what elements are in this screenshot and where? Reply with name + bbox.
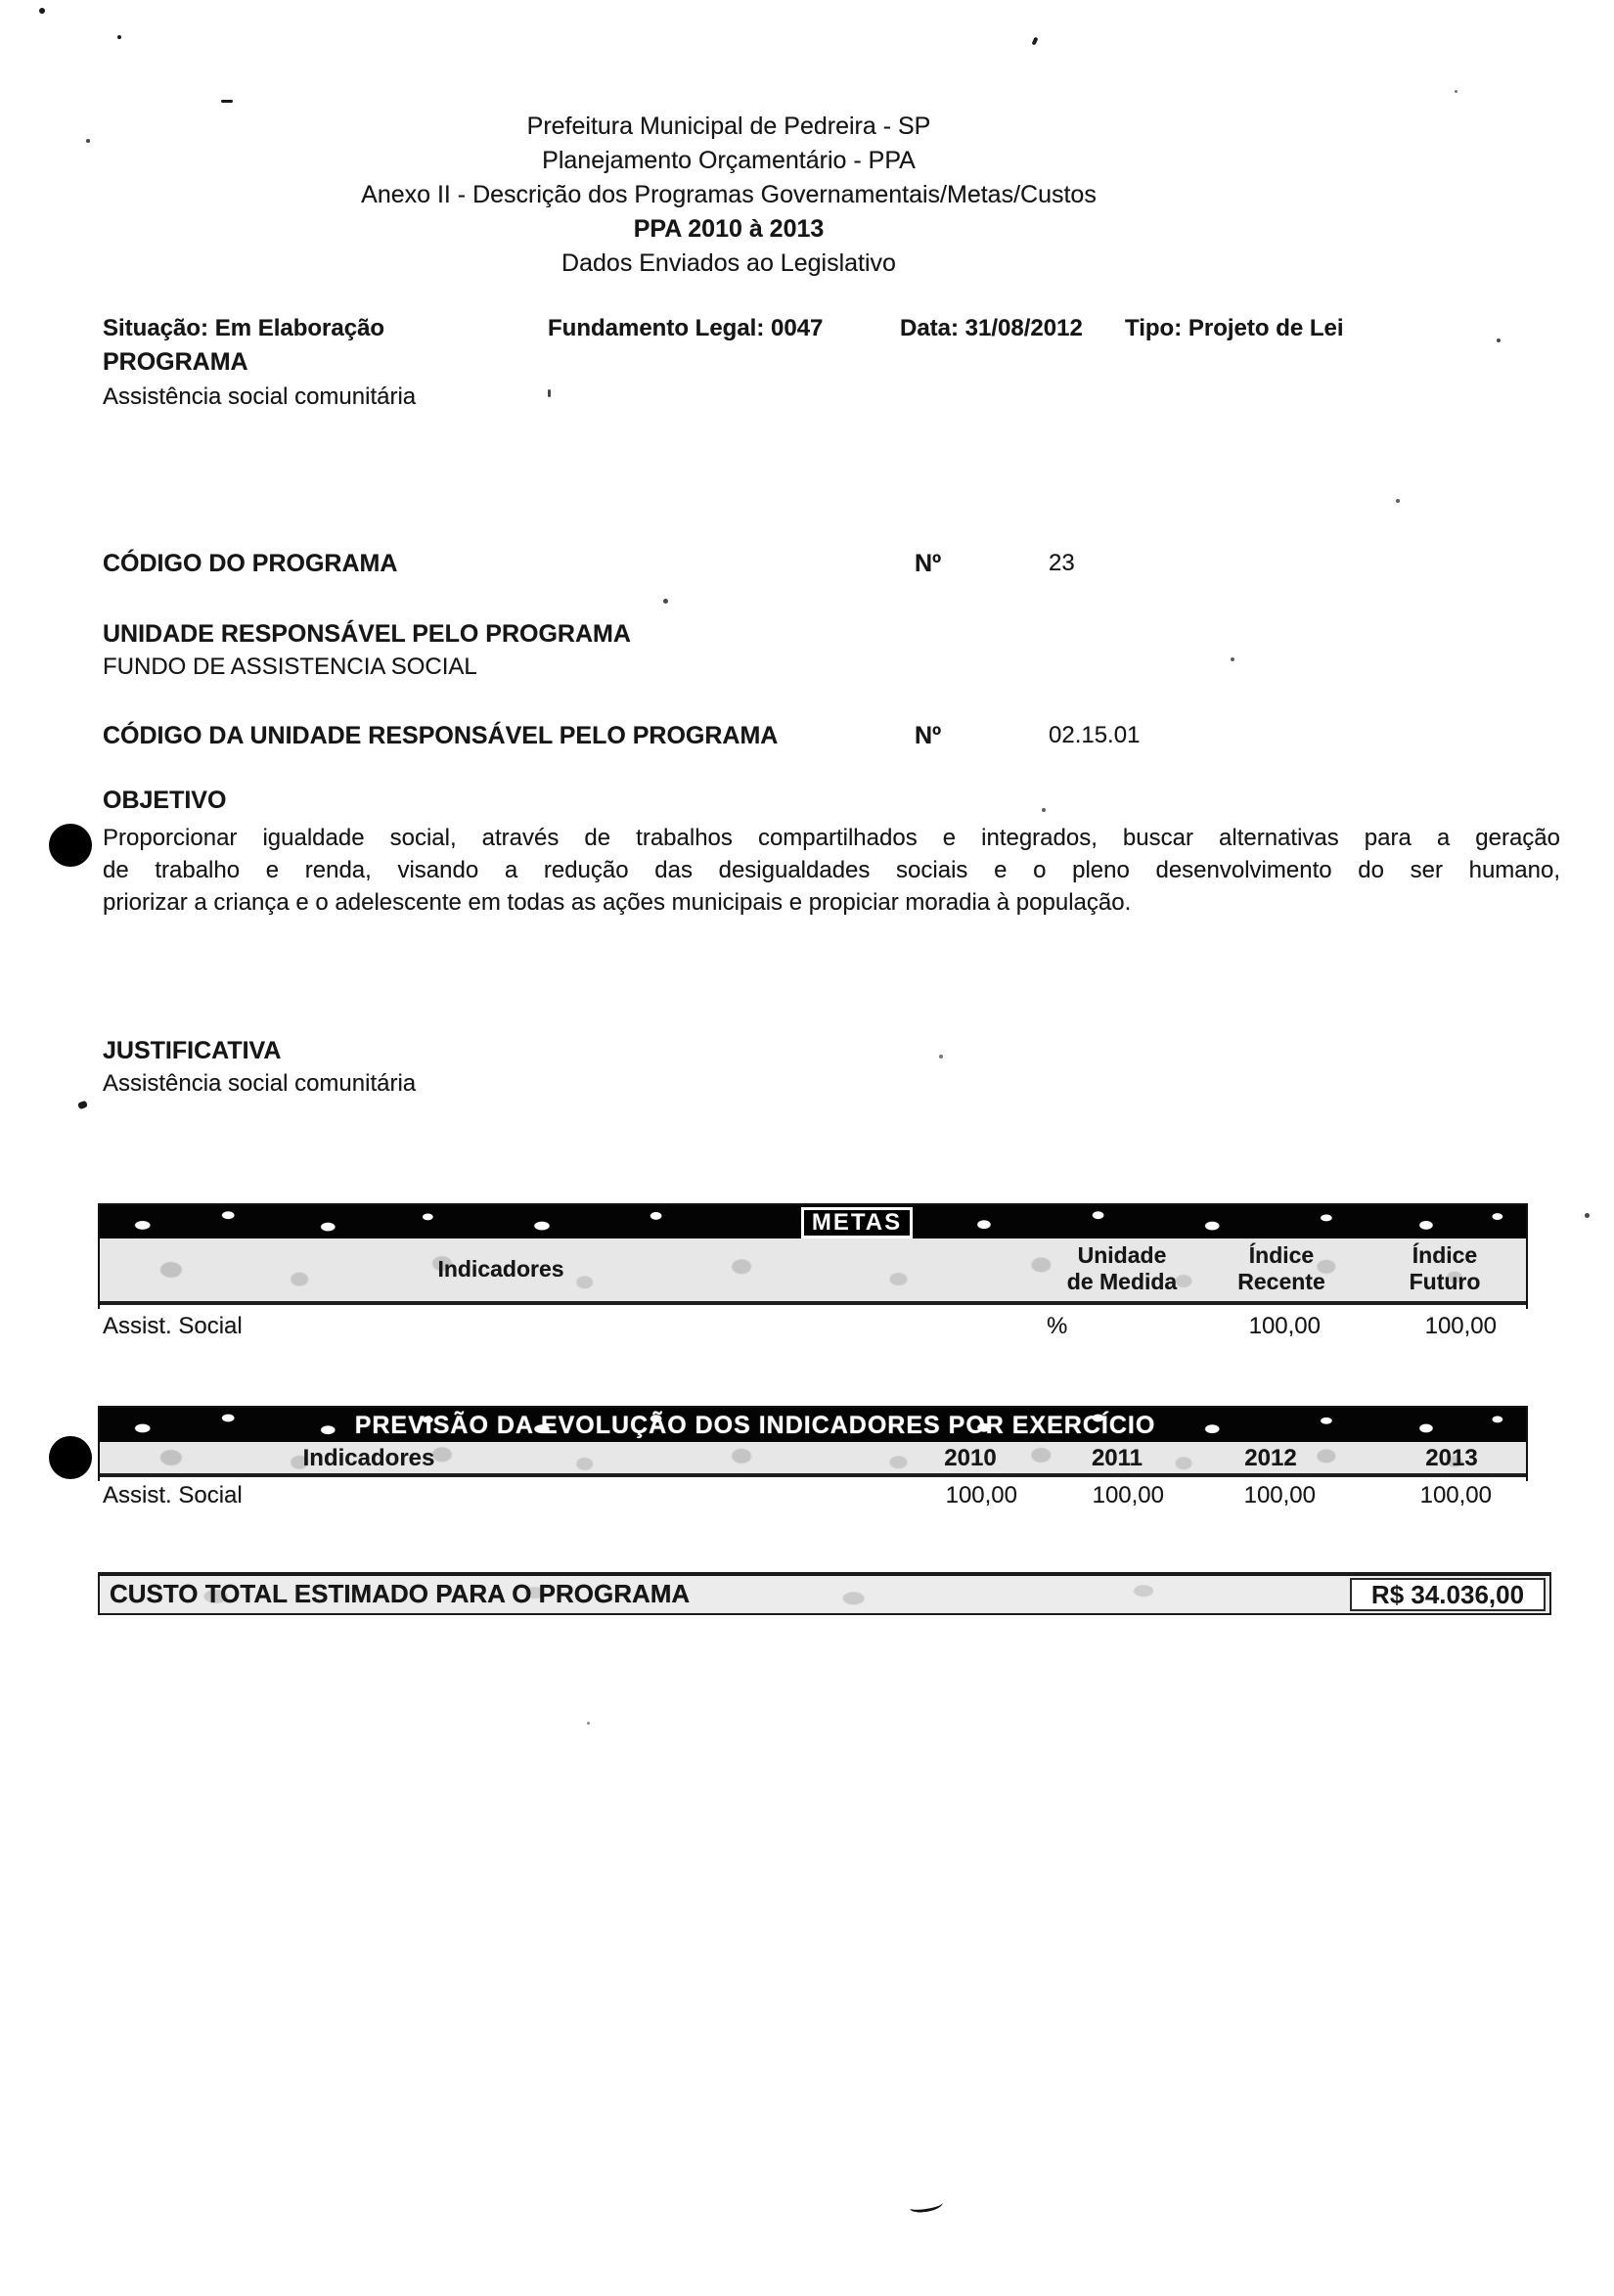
scan-dot (49, 1436, 92, 1479)
codigo-unidade-numero-label: Nº (915, 722, 941, 750)
previsao-row-value-2011: 100,00 (1047, 1482, 1164, 1509)
scan-speckle (77, 1101, 88, 1110)
scan-speckle (86, 139, 90, 143)
scan-dot (49, 824, 92, 867)
metas-col-unidade-line1: Unidade (1024, 1242, 1220, 1269)
unidade-value: FUNDO DE ASSISTENCIA SOCIAL (103, 653, 477, 681)
metas-table: METAS Indicadores Unidade de Medida Índi… (98, 1203, 1528, 1309)
justificativa-text: Assistência social comunitária (103, 1070, 416, 1098)
document-page: Prefeitura Municipal de Pedreira - SP Pl… (0, 0, 1614, 2296)
scan-speckle (1455, 90, 1457, 93)
scan-speckle (39, 8, 45, 14)
unidade-label: UNIDADE RESPONSÁVEL PELO PROGRAMA (103, 620, 631, 649)
metas-row-futuro: 100,00 (1379, 1313, 1497, 1340)
header-line-3: Anexo II - Descrição dos Programas Gover… (176, 178, 1281, 212)
programa-label: PROGRAMA (103, 348, 248, 377)
tipo-label: Tipo: Projeto de Lei (1125, 315, 1344, 342)
scan-speckle (663, 599, 668, 604)
objetivo-text-line-2: de trabalho e renda, visando a redução d… (103, 854, 1560, 886)
metas-row-recente: 100,00 (1203, 1313, 1321, 1340)
codigo-programa-numero: 23 (1049, 550, 1075, 577)
scan-speckle (1231, 657, 1234, 661)
metas-col-unidade-line2: de Medida (1024, 1269, 1220, 1295)
codigo-programa-label: CÓDIGO DO PROGRAMA (103, 550, 397, 578)
custo-total-value: R$ 34.036,00 (1350, 1578, 1546, 1611)
document-header: Prefeitura Municipal de Pedreira - SP Pl… (176, 110, 1281, 281)
previsao-row-indicador: Assist. Social (103, 1482, 243, 1509)
metas-header-band: Indicadores Unidade de Medida Índice Rec… (100, 1238, 1526, 1305)
scan-squiggle (909, 2197, 943, 2213)
justificativa-label: JUSTIFICATIVA (103, 1037, 281, 1065)
scan-speckle (1585, 1213, 1590, 1218)
previsao-title: PREVISÃO DA EVOLUÇÃO DOS INDICADORES POR… (193, 1412, 1318, 1440)
previsao-col-year-2013: 2013 (1403, 1445, 1501, 1471)
scan-speckle (1042, 808, 1046, 812)
scan-speckle (548, 389, 551, 397)
data-label: Data: 31/08/2012 (900, 315, 1083, 342)
previsao-row-value-2012: 100,00 (1198, 1482, 1316, 1509)
scan-speckle (1396, 499, 1400, 503)
previsao-col-year-2010: 2010 (921, 1445, 1019, 1471)
programa-value: Assistência social comunitária (103, 383, 416, 411)
previsao-row-value-2010: 100,00 (900, 1482, 1017, 1509)
metas-col-indicadores: Indicadores (354, 1256, 648, 1283)
header-line-5: Dados Enviados ao Legislativo (176, 247, 1281, 281)
previsao-col-year-2011: 2011 (1068, 1445, 1166, 1471)
scan-speckle (1497, 338, 1501, 342)
custo-total-band: CUSTO TOTAL ESTIMADO PARA O PROGRAMA R$ … (98, 1572, 1551, 1615)
metas-row-unidade: % (1047, 1313, 1067, 1340)
metas-row-indicador: Assist. Social (103, 1313, 243, 1340)
metas-col-recente-line1: Índice (1203, 1242, 1360, 1269)
scan-speckle (117, 35, 121, 39)
metas-col-futuro-line1: Índice (1367, 1242, 1523, 1269)
metas-col-recente-line2: Recente (1203, 1269, 1360, 1295)
previsao-table: PREVISÃO DA EVOLUÇÃO DOS INDICADORES POR… (98, 1406, 1528, 1481)
header-line-2: Planejamento Orçamentário - PPA (176, 144, 1281, 178)
codigo-unidade-label: CÓDIGO DA UNIDADE RESPONSÁVEL PELO PROGR… (103, 722, 778, 750)
metas-title-band: METAS (100, 1205, 1526, 1238)
previsao-row-value-2013: 100,00 (1374, 1482, 1492, 1509)
objetivo-label: OBJETIVO (103, 787, 226, 815)
codigo-programa-numero-label: Nº (915, 550, 941, 578)
objetivo-text-line-1: Proporcionar igualdade social, através d… (103, 822, 1560, 854)
scan-speckle (1031, 37, 1038, 46)
metas-title: METAS (801, 1207, 913, 1238)
metas-col-futuro-line2: Futuro (1367, 1269, 1523, 1295)
previsao-col-indicadores: Indicadores (222, 1445, 516, 1471)
custo-total-label: CUSTO TOTAL ESTIMADO PARA O PROGRAMA (110, 1576, 690, 1611)
fundamento-legal-label: Fundamento Legal: 0047 (548, 315, 823, 342)
header-line-4: PPA 2010 à 2013 (176, 212, 1281, 247)
scan-speckle (587, 1722, 590, 1725)
previsao-header-band: Indicadores 2010 2011 2012 2013 (100, 1442, 1526, 1477)
objetivo-text-line-3: priorizar a criança e o adelescente em t… (103, 886, 1560, 919)
scan-speckle (221, 100, 233, 103)
situacao-label: Situação: Em Elaboração (103, 315, 384, 342)
codigo-unidade-numero: 02.15.01 (1049, 722, 1140, 749)
header-line-1: Prefeitura Municipal de Pedreira - SP (176, 110, 1281, 144)
previsao-title-band: PREVISÃO DA EVOLUÇÃO DOS INDICADORES POR… (100, 1408, 1526, 1442)
previsao-col-year-2012: 2012 (1222, 1445, 1320, 1471)
scan-speckle (939, 1055, 943, 1058)
